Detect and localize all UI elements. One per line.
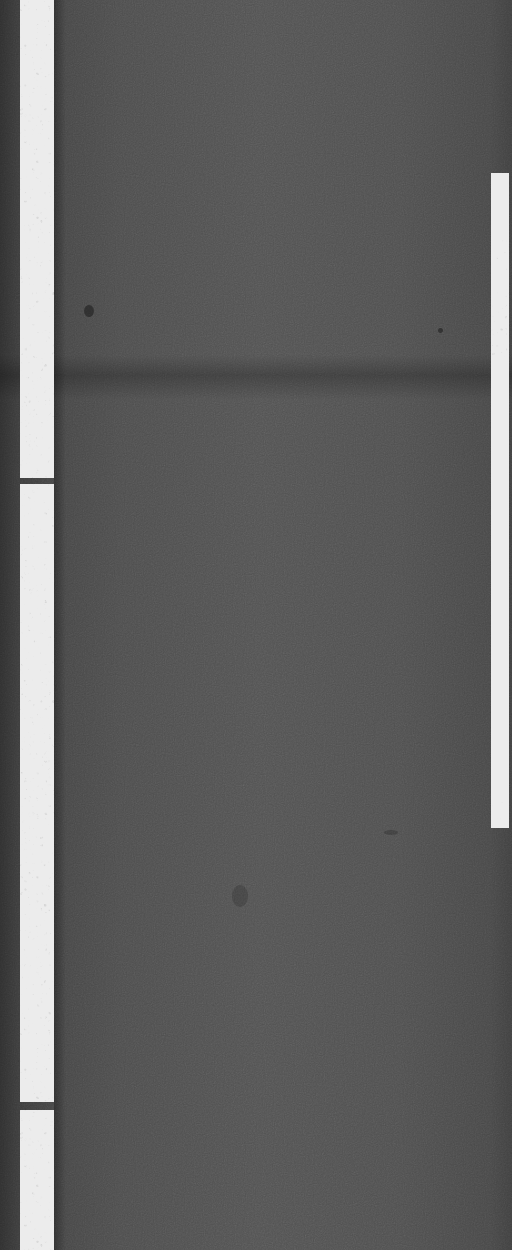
stain: [232, 885, 248, 907]
stain: [84, 305, 94, 317]
road-surface: [0, 0, 512, 1250]
marking-wear-texture: [0, 0, 512, 1250]
stain: [438, 328, 443, 333]
stain: [384, 830, 398, 835]
